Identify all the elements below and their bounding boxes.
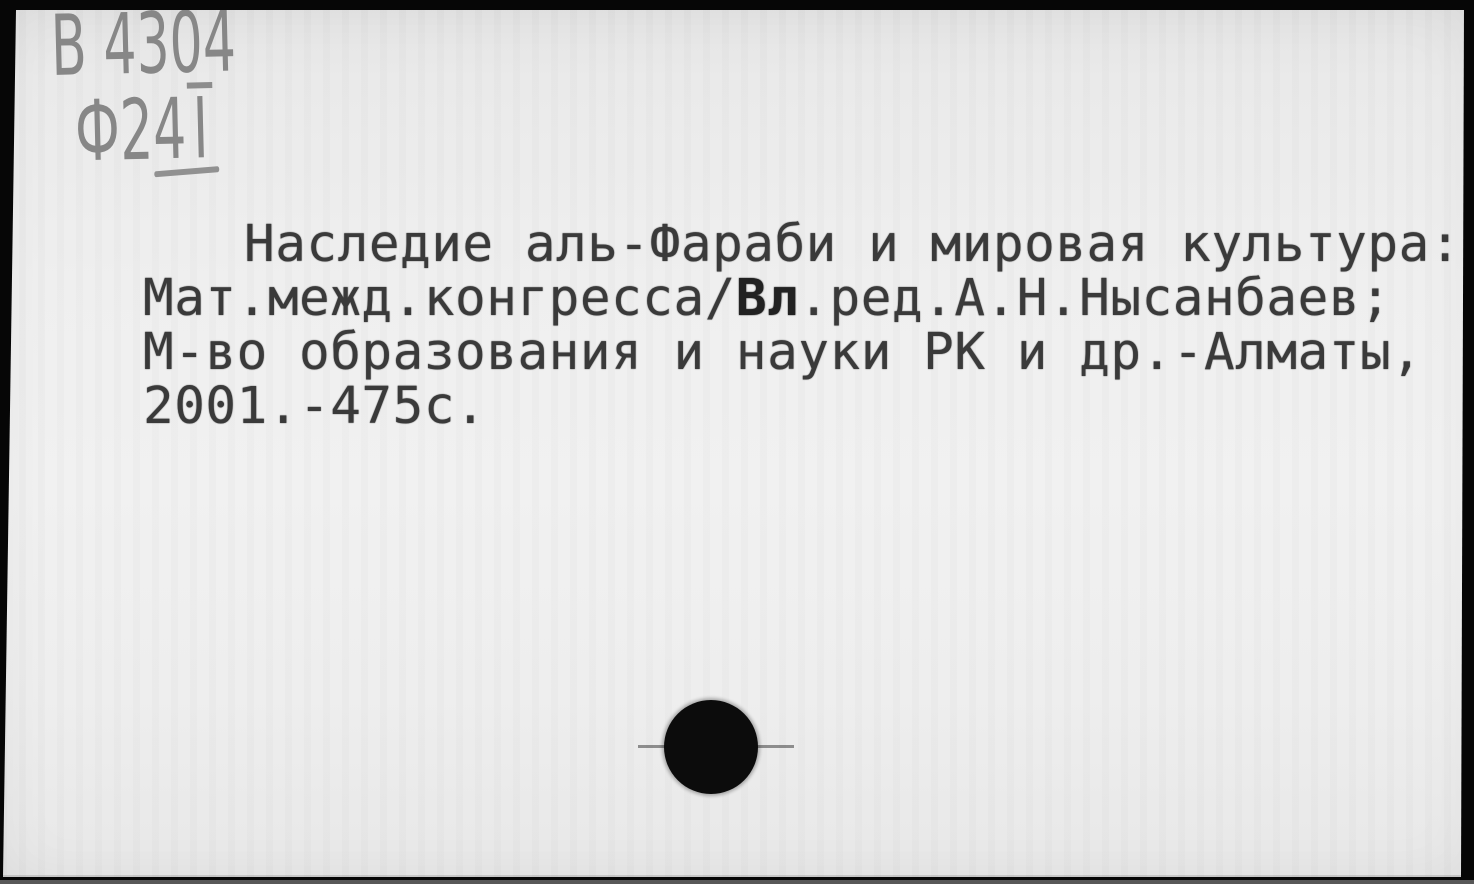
- entry-editor-line-post: .ред.А.Н.Нысанбаев;: [798, 269, 1391, 328]
- entry-editor-line-pre: Мат.межд.конгресса/: [143, 269, 736, 328]
- catalog-card: В 4304 Ф24I Наследие аль-Фараби и мирова…: [0, 0, 1474, 884]
- punch-hole-dot: [664, 700, 758, 794]
- call-number-roman-numeral: I: [187, 82, 214, 169]
- call-number-class: Ф24: [74, 80, 187, 181]
- entry-year-pages-line: 2001.-475с.: [143, 380, 1461, 434]
- scan-bottom-strip: [0, 880, 1474, 884]
- call-number-line2: Ф24I: [74, 81, 247, 171]
- entry-editor-line-overstrike: Вл: [736, 269, 798, 328]
- call-number-line1: В 4304: [50, 1, 237, 85]
- entry-editor-line: Мат.межд.конгресса/Вл.ред.А.Н.Нысанбаев;: [143, 272, 1461, 326]
- scanner-background: В 4304 Ф24I Наследие аль-Фараби и мирова…: [0, 0, 1474, 884]
- bibliographic-entry: Наследие аль-Фараби и мировая культура: …: [143, 218, 1461, 434]
- call-number: В 4304 Ф24I: [50, 0, 352, 172]
- entry-title-line: Наследие аль-Фараби и мировая культура:: [143, 218, 1461, 272]
- entry-publisher-line: М-во образования и науки РК и др.-Алматы…: [143, 326, 1461, 380]
